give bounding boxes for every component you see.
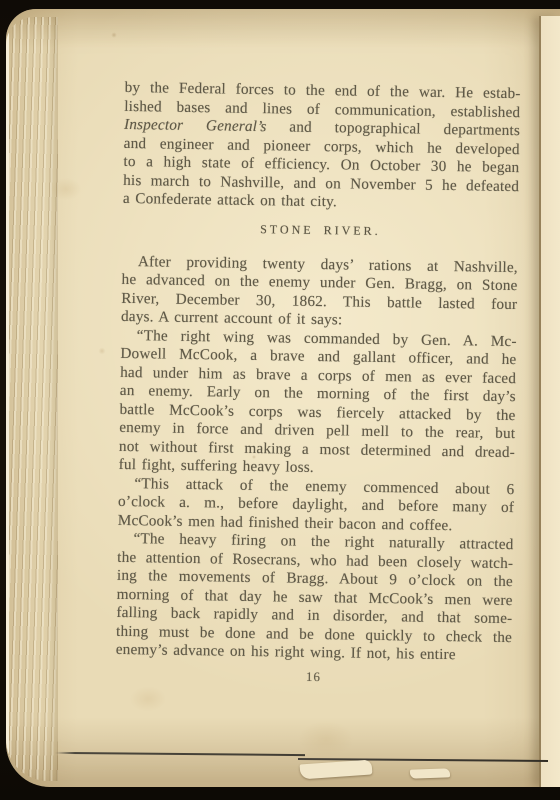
next-page-sliver	[539, 16, 560, 787]
bottom-page-edge-line	[298, 758, 548, 762]
torn-paper-flap	[300, 760, 373, 780]
text-block: by the Federal forces to the end of the …	[115, 79, 520, 689]
paragraph: “The right wing was commanded by Gen. A.…	[119, 326, 517, 480]
photo-background: by the Federal forces to the end of the …	[0, 0, 560, 800]
paragraph: After providing twenty days’ rations at …	[121, 252, 518, 332]
paragraph: “The heavy firing on the right naturally…	[116, 530, 514, 666]
page-fore-edge	[6, 17, 58, 781]
page-number: 16	[115, 664, 511, 689]
bottom-page-edge-line	[55, 752, 305, 756]
paragraph: “This attack of the enemy commenced abou…	[118, 474, 515, 536]
torn-paper-flap	[410, 768, 450, 778]
paragraph: by the Federal forces to the end of the …	[123, 79, 521, 215]
section-heading: STONE RIVER.	[122, 219, 518, 239]
book-page: by the Federal forces to the end of the …	[6, 9, 560, 787]
